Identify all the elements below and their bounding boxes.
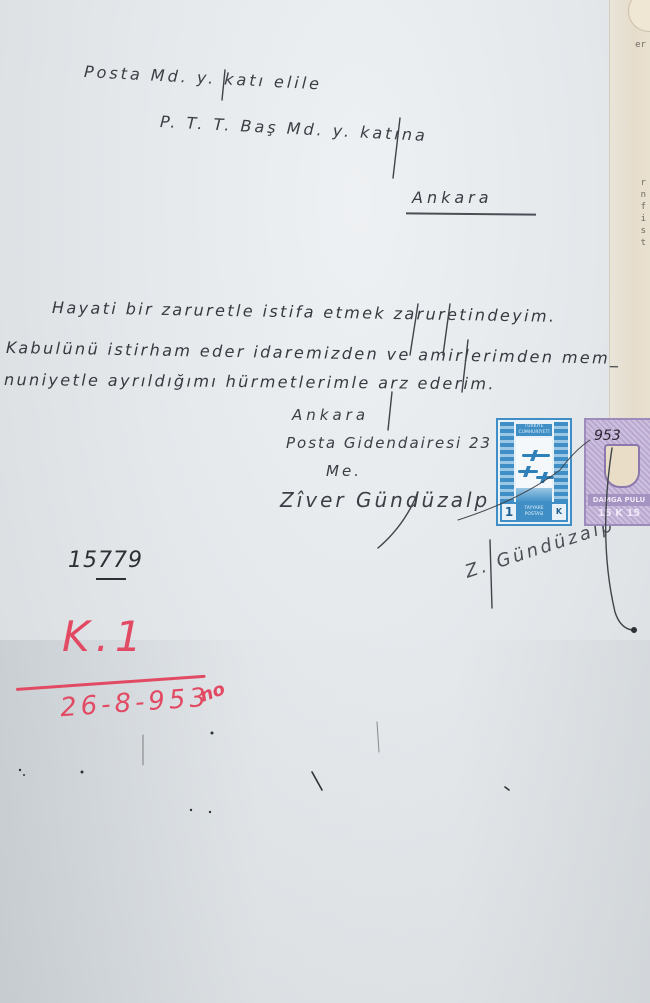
under-sheet-text: i — [641, 214, 646, 225]
under-sheet-text: s — [641, 226, 646, 237]
reference-underline — [96, 578, 126, 580]
stamp-unit: K — [552, 504, 566, 520]
stamp-value: 15 K 15 — [588, 507, 650, 521]
underlying-sheet: er r n f i s t — [609, 0, 650, 470]
stamp-currency: TAYYARE POSTASI — [519, 506, 549, 518]
under-sheet-text: f — [641, 202, 646, 213]
reference-number: 15779 — [68, 548, 143, 573]
stamp-cancellation: 953 — [594, 428, 621, 444]
stamp-label: DAMGA PULU — [588, 494, 650, 506]
airplane-icon — [518, 470, 538, 473]
sender-city: Ankara — [292, 406, 369, 424]
under-sheet-text: er — [635, 40, 646, 51]
revenue-stamp: 953 DAMGA PULU 15 K 15 — [584, 418, 650, 526]
red-mark: K.1 — [62, 612, 148, 661]
sender-title: Me. — [326, 462, 362, 480]
address-city: Ankara — [412, 188, 493, 207]
under-sheet-text: n — [641, 190, 646, 201]
sender-office: Posta Gidendairesi 23 — [286, 434, 492, 452]
under-sheet-text: t — [641, 238, 646, 249]
stamp-value: 1 — [502, 504, 516, 520]
sender-name: Zîver Gündüzalp — [280, 488, 490, 512]
airplane-icon — [522, 454, 550, 457]
airmail-stamp: TÜRKİYE CUMHURİYETİ 1 TAYYARE POSTASI K — [496, 418, 572, 526]
under-sheet-text: r — [641, 178, 646, 189]
coat-of-arms-icon — [604, 444, 640, 488]
stamp-header: TÜRKİYE CUMHURİYETİ — [516, 424, 552, 436]
airplane-icon — [536, 476, 554, 479]
stamp-landscape — [516, 488, 552, 502]
folded-corner — [628, 0, 650, 32]
